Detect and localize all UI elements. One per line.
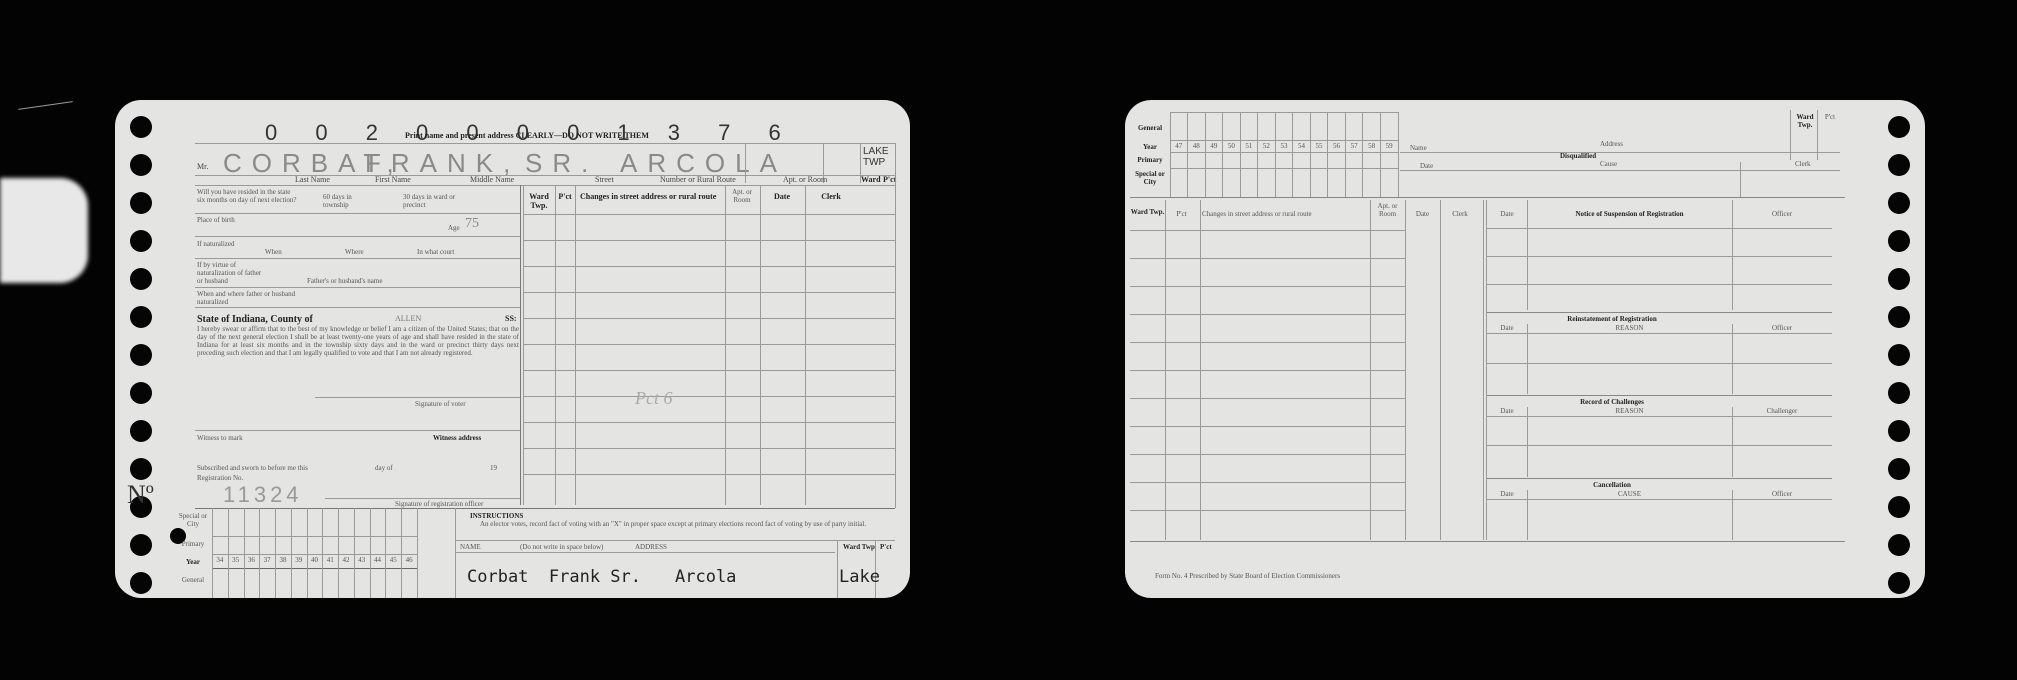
vote-row-general: General bbox=[175, 576, 211, 584]
subscribed-text: Subscribed and sworn to before me this bbox=[197, 464, 308, 472]
changes-header-clerk: Clerk bbox=[806, 192, 856, 201]
footer-name-label: NAME bbox=[460, 543, 481, 551]
footer-name-value: Corbat Frank Sr. bbox=[467, 567, 641, 587]
back-changes-header-ward: Ward Twp. bbox=[1130, 208, 1165, 216]
cancellation-title: Cancellation bbox=[1487, 481, 1737, 489]
father-naturalization-label: If by virtue of naturalization of father… bbox=[197, 261, 267, 285]
back-vote-row-primary: Primary bbox=[1130, 156, 1170, 164]
vote-row-special: Special or City bbox=[175, 512, 211, 528]
punch-hole bbox=[1888, 420, 1910, 442]
vote-row-year: Year bbox=[175, 558, 211, 566]
punch-hole bbox=[130, 382, 152, 404]
punch-hole bbox=[1888, 154, 1910, 176]
registration-number: 11324 bbox=[223, 482, 303, 508]
footer-do-not-write: (Do not write in space below) bbox=[520, 543, 603, 551]
punch-hole bbox=[1888, 534, 1910, 556]
changes-table-back: Ward Twp. P'ct Changes in street address… bbox=[1130, 200, 1405, 540]
footer-ward-value: Lake bbox=[839, 567, 880, 587]
punch-hole bbox=[1888, 230, 1910, 252]
changes-header-pct: P'ct bbox=[556, 192, 574, 201]
father-name-label: Father's or husband's name bbox=[307, 277, 382, 285]
label-last-name: Last Name bbox=[295, 175, 330, 184]
naturalized-where: Where bbox=[345, 248, 364, 256]
form-footer: Form No. 4 Prescribed by State Board of … bbox=[1155, 572, 1340, 580]
back-pct-label: P'ct bbox=[1820, 113, 1840, 121]
disqualified-clerk-label: Clerk bbox=[1795, 160, 1811, 168]
punch-hole bbox=[1888, 306, 1910, 328]
scan-artifact bbox=[0, 178, 88, 283]
residency-ward: 30 days in ward or precinct bbox=[403, 193, 463, 209]
naturalized-when: When bbox=[265, 248, 282, 256]
punch-hole bbox=[130, 344, 152, 366]
handwritten-note: Pct 6 bbox=[635, 388, 673, 409]
punch-hole bbox=[1888, 116, 1910, 138]
voting-record-grid-front: 34 35 36 37 38 39 40 41 42 43 44 45 46 bbox=[212, 508, 417, 598]
label-ward: Ward bbox=[861, 175, 881, 184]
punch-hole bbox=[130, 154, 152, 176]
punch-hole bbox=[1888, 572, 1910, 594]
changes-header-apt: Apt. or Room bbox=[726, 188, 758, 204]
punch-hole bbox=[1888, 344, 1910, 366]
punch-hole bbox=[130, 306, 152, 328]
back-changes-header-apt: Apt. or Room bbox=[1370, 202, 1405, 218]
back-name-label: Name bbox=[1410, 144, 1427, 152]
footer-address-label: ADDRESS bbox=[635, 543, 667, 551]
challenges-header-reason: REASON bbox=[1527, 407, 1732, 415]
witness-address-label: Witness address bbox=[433, 434, 481, 442]
punch-hole bbox=[130, 116, 152, 138]
registration-no-label: Registration No. bbox=[197, 474, 243, 482]
registration-card-back: General Year Primary Special or City 47 … bbox=[1125, 100, 1925, 598]
label-number-route: Number or Rural Route bbox=[660, 175, 736, 184]
suspension-header-officer: Officer bbox=[1732, 210, 1832, 218]
reinstatement-title: Reinstatement of Registration bbox=[1487, 315, 1737, 323]
back-vote-row-year: Year bbox=[1130, 143, 1170, 151]
label-street: Street bbox=[595, 175, 614, 184]
oath-text: I hereby swear or affirm that to the bes… bbox=[197, 325, 519, 357]
punch-hole bbox=[1888, 192, 1910, 214]
punch-hole bbox=[1888, 458, 1910, 480]
header-instruction: Print name and present address CLEARLY—D… bbox=[405, 131, 649, 140]
punch-hole bbox=[130, 420, 152, 442]
suspension-header-title: Notice of Suspension of Registration bbox=[1527, 210, 1732, 218]
disqualified-cause-label: Cause bbox=[1600, 160, 1617, 168]
residency-township: 60 days in township bbox=[323, 193, 378, 209]
back-vote-row-general: General bbox=[1130, 124, 1170, 132]
age-label: Age bbox=[448, 224, 460, 232]
instructions-title: INSTRUCTIONS bbox=[470, 512, 523, 520]
residency-question: Will you have resided in the state six m… bbox=[197, 188, 297, 204]
place-of-birth-label: Place of birth bbox=[197, 216, 237, 224]
footer-ward-label: Ward Twp bbox=[843, 543, 875, 551]
ward-twp-value: LAKE TWP bbox=[863, 146, 893, 168]
label-apt-room: Apt. or Room bbox=[783, 175, 827, 184]
reinstatement-header-officer: Officer bbox=[1732, 324, 1832, 332]
back-address-label: Address bbox=[1600, 140, 1623, 148]
instructions-text: An elector votes, record fact of voting … bbox=[480, 520, 880, 528]
day-of-label: day of bbox=[375, 464, 393, 472]
title-prefix: Mr. bbox=[197, 162, 208, 171]
footer-pct-label: P'ct bbox=[880, 543, 892, 551]
label-first-name: First Name bbox=[375, 175, 411, 184]
challenges-header-challenger: Challenger bbox=[1732, 407, 1832, 415]
label-middle-name: Middle Name bbox=[470, 175, 514, 184]
punch-hole bbox=[130, 572, 152, 594]
disqualified-label: Disqualified bbox=[1560, 152, 1596, 160]
footer-address-value: Arcola bbox=[675, 567, 736, 587]
reinstatement-header-reason: REASON bbox=[1527, 324, 1732, 332]
registration-card-front: 0 0 2 0 0 0 0 1 3 7 6 Print name and pre… bbox=[115, 100, 910, 598]
back-changes-header-address: Changes in street address or rural route bbox=[1202, 210, 1312, 218]
state-heading: State of Indiana, County of bbox=[197, 314, 313, 325]
year-row-front: 34 35 36 37 38 39 40 41 42 43 44 45 46 bbox=[212, 556, 417, 564]
punch-hole bbox=[130, 458, 152, 480]
challenges-header-date: Date bbox=[1487, 407, 1527, 415]
voting-record-grid-back: 47 48 49 50 51 52 53 54 55 56 57 58 59 bbox=[1170, 112, 1398, 197]
challenges-title: Record of Challenges bbox=[1487, 398, 1737, 406]
cancellation-header-officer: Officer bbox=[1732, 490, 1832, 498]
back-changes-header-clerk: Clerk bbox=[1440, 210, 1480, 218]
changes-header-date: Date bbox=[761, 192, 803, 201]
disqualified-date-label: Date bbox=[1420, 162, 1433, 170]
back-vote-row-special: Special or City bbox=[1130, 170, 1170, 186]
punch-hole bbox=[1888, 268, 1910, 290]
punch-hole bbox=[130, 230, 152, 252]
punch-hole bbox=[1888, 382, 1910, 404]
reinstatement-header-date: Date bbox=[1487, 324, 1527, 332]
punch-hole bbox=[130, 534, 152, 556]
naturalized-court: In what court bbox=[417, 248, 454, 256]
scan-scratch bbox=[18, 101, 73, 110]
signature-officer-label: Signature of registration officer bbox=[395, 500, 483, 508]
back-changes-header-pct: P'ct bbox=[1165, 210, 1198, 218]
punch-hole bbox=[130, 192, 152, 214]
number-symbol: Nº bbox=[127, 480, 154, 510]
suspension-header-date: Date bbox=[1487, 210, 1527, 218]
cancellation-header-date: Date bbox=[1487, 490, 1527, 498]
county-value: ALLEN bbox=[395, 314, 421, 323]
witness-label: Witness to mark bbox=[197, 434, 243, 442]
age-value: 75 bbox=[465, 216, 479, 232]
back-changes-header-date: Date bbox=[1405, 210, 1440, 218]
signature-voter-label: Signature of voter bbox=[415, 400, 466, 408]
status-records: Date Notice of Suspension of Registratio… bbox=[1487, 200, 1842, 540]
father-when-where-label: When and where father or husband natural… bbox=[197, 290, 307, 306]
ss-label: SS: bbox=[505, 314, 517, 323]
punch-hole bbox=[130, 268, 152, 290]
changes-header-ward: Ward Twp. bbox=[525, 192, 553, 210]
punch-hole bbox=[1888, 496, 1910, 518]
cancellation-header-cause: CAUSE bbox=[1527, 490, 1732, 498]
naturalized-label: If naturalized bbox=[197, 240, 237, 248]
back-ward-label: Ward Twp. bbox=[1793, 113, 1817, 129]
year-prefix: 19 bbox=[490, 464, 497, 472]
changes-header-address: Changes in street address or rural route bbox=[580, 192, 716, 201]
vote-row-primary: Primary bbox=[175, 540, 211, 548]
